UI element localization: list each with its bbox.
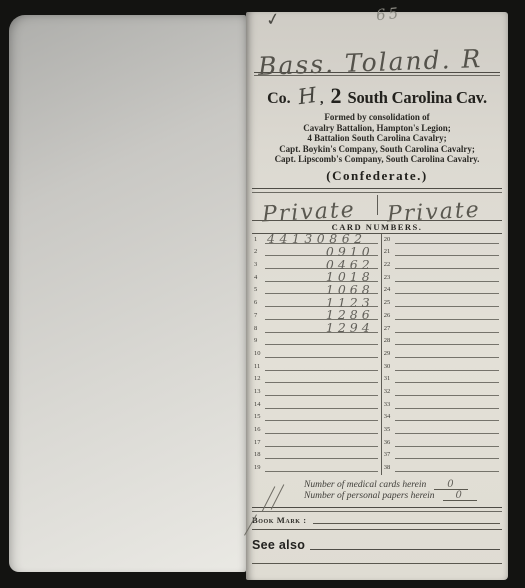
card-number-blank-line: 1294 bbox=[265, 332, 378, 333]
pencil-tally-mark bbox=[244, 514, 257, 535]
card-number-blank-line bbox=[395, 255, 499, 256]
formation-line: Capt. Boykin's Company, South Carolina C… bbox=[252, 144, 502, 155]
card-number-blank-line bbox=[395, 420, 499, 421]
card-number-row: 34 bbox=[382, 411, 502, 424]
divider-rule bbox=[252, 507, 502, 512]
card-number-row: 81294 bbox=[252, 322, 381, 335]
card-number-row: 32 bbox=[382, 386, 502, 399]
card-number-blank-line bbox=[395, 332, 499, 333]
personal-papers-line: 0 bbox=[443, 492, 477, 501]
card-number-blank-line bbox=[265, 458, 378, 459]
row-number: 38 bbox=[382, 465, 395, 475]
book-mark-row: Book Mark : bbox=[252, 515, 502, 525]
row-number: 6 bbox=[252, 300, 265, 310]
card-number-blank-line bbox=[265, 408, 378, 409]
divider-rule bbox=[252, 563, 502, 564]
card-number-blank-line bbox=[265, 420, 378, 421]
regiment-name: South Carolina Cav. bbox=[347, 88, 486, 107]
card-number-row: 22 bbox=[382, 259, 502, 272]
card-number-row: 36 bbox=[382, 437, 502, 450]
card-number-row: 25 bbox=[382, 297, 502, 310]
rank-section: Private Private bbox=[252, 193, 502, 221]
medical-cards-line: 0 bbox=[434, 481, 468, 490]
card-number-row: 28 bbox=[382, 335, 502, 348]
row-number: 31 bbox=[382, 376, 395, 386]
medical-cards-label: Number of medical cards herein bbox=[304, 480, 426, 490]
card-number-blank-line bbox=[265, 370, 378, 371]
service-record-jacket: ✓ 65 Bass. Toland. R Co. H , 2 South Car… bbox=[246, 12, 508, 580]
card-number-row: 23 bbox=[382, 272, 502, 285]
card-number-row: 10 bbox=[252, 348, 381, 361]
blank-left-page bbox=[9, 15, 246, 572]
card-number-row: 9 bbox=[252, 335, 381, 348]
card-number-blank-line bbox=[265, 433, 378, 434]
formation-note: Formed by consolidation of Cavalry Batta… bbox=[252, 112, 502, 165]
card-number-row: 12 bbox=[252, 373, 381, 386]
card-number-blank-line bbox=[395, 344, 499, 345]
card-number-row: 17 bbox=[252, 437, 381, 450]
counts-section: Number of medical cards herein 0 Number … bbox=[252, 479, 502, 501]
formation-line: Cavalry Battalion, Hampton's Legion; bbox=[252, 123, 502, 134]
card-number-blank-line bbox=[395, 433, 499, 434]
row-number: 26 bbox=[382, 313, 395, 323]
card-number-row: 35 bbox=[382, 424, 502, 437]
row-number: 13 bbox=[252, 389, 265, 399]
book-mark-blank-line bbox=[313, 523, 500, 524]
card-number-blank-line bbox=[395, 268, 499, 269]
card-number-blank-line bbox=[265, 395, 378, 396]
regiment-number: 2 bbox=[330, 83, 341, 108]
card-number-row: 18 bbox=[252, 449, 381, 462]
personal-papers-label: Number of personal papers herein bbox=[304, 491, 435, 501]
card-number-row: 26 bbox=[382, 310, 502, 323]
card-number-row: 19 bbox=[252, 462, 381, 475]
formation-line: Formed by consolidation of bbox=[252, 112, 502, 123]
row-number: 5 bbox=[252, 287, 265, 297]
unit-separator: , bbox=[320, 92, 324, 107]
row-number: 17 bbox=[252, 440, 265, 450]
row-number: 9 bbox=[252, 338, 265, 348]
card-number-row: 30 bbox=[382, 360, 502, 373]
row-number: 14 bbox=[252, 402, 265, 412]
medical-cards-value-handwritten: 0 bbox=[447, 479, 453, 490]
see-also-row: See also bbox=[252, 537, 502, 552]
row-number: 18 bbox=[252, 452, 265, 462]
rank-out-handwritten: Private bbox=[386, 197, 481, 227]
row-number: 30 bbox=[382, 364, 395, 374]
book-mark-label: Book Mark : bbox=[252, 515, 307, 525]
company-label: Co. bbox=[267, 90, 291, 107]
personal-papers-count-row: Number of personal papers herein 0 bbox=[304, 490, 502, 501]
soldier-name-line: Bass. Toland. R bbox=[254, 36, 500, 73]
card-number-row: 13 bbox=[252, 386, 381, 399]
row-number: 20 bbox=[382, 237, 395, 247]
row-number: 34 bbox=[382, 414, 395, 424]
card-number-row: 21 bbox=[382, 246, 502, 259]
card-number-blank-line bbox=[395, 357, 499, 358]
row-number: 35 bbox=[382, 427, 395, 437]
row-number: 11 bbox=[252, 364, 265, 374]
formation-line: 4 Battalion South Carolina Cavalry; bbox=[252, 133, 502, 144]
card-number-row: 37 bbox=[382, 449, 502, 462]
see-also-label: See also bbox=[252, 538, 305, 552]
row-number: 4 bbox=[252, 275, 265, 285]
card-number-blank-line bbox=[265, 344, 378, 345]
row-number: 16 bbox=[252, 427, 265, 437]
row-number: 15 bbox=[252, 414, 265, 424]
card-numbers-right-column: 20212223242526272829303132333435363738 bbox=[381, 234, 502, 475]
rank-in-handwritten: Private bbox=[261, 197, 356, 227]
card-number-row: 31 bbox=[382, 373, 502, 386]
card-number-blank-line bbox=[395, 306, 499, 307]
card-number-blank-line bbox=[395, 319, 499, 320]
medical-cards-count-row: Number of medical cards herein 0 bbox=[304, 479, 502, 490]
row-number: 1 bbox=[252, 237, 265, 247]
card-number-row: 16 bbox=[252, 424, 381, 437]
card-number-blank-line bbox=[395, 395, 499, 396]
row-number: 37 bbox=[382, 452, 395, 462]
unit-title: Co. H , 2 South Carolina Cav. bbox=[252, 83, 502, 109]
row-number: 22 bbox=[382, 262, 395, 272]
formation-line: Capt. Lipscomb's Company, South Carolina… bbox=[252, 154, 502, 165]
card-number-blank-line bbox=[265, 471, 378, 472]
row-number: 12 bbox=[252, 376, 265, 386]
row-number: 21 bbox=[382, 249, 395, 259]
card-number-blank-line bbox=[265, 382, 378, 383]
row-number: 28 bbox=[382, 338, 395, 348]
card-number-blank-line bbox=[265, 357, 378, 358]
card-number-blank-line bbox=[395, 293, 499, 294]
row-number: 3 bbox=[252, 262, 265, 272]
affiliation-label: (Confederate.) bbox=[252, 168, 502, 184]
row-number: 36 bbox=[382, 440, 395, 450]
card-number-blank-line bbox=[395, 243, 499, 244]
divider-rule bbox=[252, 529, 502, 530]
checkmark-annotation: ✓ bbox=[264, 9, 282, 31]
row-number: 25 bbox=[382, 300, 395, 310]
card-number-row: 11 bbox=[252, 360, 381, 373]
card-number-row: 33 bbox=[382, 398, 502, 411]
row-number: 32 bbox=[382, 389, 395, 399]
card-number-blank-line bbox=[395, 281, 499, 282]
card-number-row: 29 bbox=[382, 348, 502, 361]
row-number: 10 bbox=[252, 351, 265, 361]
personal-papers-value-handwritten: 0 bbox=[456, 490, 462, 501]
pencil-number-annotation: 65 bbox=[375, 4, 402, 25]
row-number: 19 bbox=[252, 465, 265, 475]
rank-out-cell: Private bbox=[377, 193, 502, 220]
row-number: 2 bbox=[252, 249, 265, 259]
row-number: 29 bbox=[382, 351, 395, 361]
soldier-name-handwritten: Bass. Toland. R bbox=[258, 44, 483, 81]
card-number-blank-line bbox=[395, 408, 499, 409]
card-numbers-table: 1441308622091030462410185106861123712868… bbox=[252, 234, 502, 475]
company-letter-handwritten: H bbox=[296, 83, 317, 109]
rank-in-cell: Private bbox=[252, 193, 377, 220]
row-number: 27 bbox=[382, 326, 395, 336]
row-number: 7 bbox=[252, 313, 265, 323]
row-number: 8 bbox=[252, 326, 265, 336]
card-numbers-left-column: 1441308622091030462410185106861123712868… bbox=[252, 234, 381, 475]
row-number: 33 bbox=[382, 402, 395, 412]
card-number-row: 27 bbox=[382, 322, 502, 335]
card-number-blank-line bbox=[395, 458, 499, 459]
card-number-blank-line bbox=[395, 471, 499, 472]
see-also-blank-line bbox=[310, 549, 500, 550]
card-number-row: 38 bbox=[382, 462, 502, 475]
row-number: 23 bbox=[382, 275, 395, 285]
card-number-row: 20 bbox=[382, 234, 502, 247]
row-number: 24 bbox=[382, 287, 395, 297]
card-number-blank-line bbox=[395, 446, 499, 447]
card-number-blank-line bbox=[395, 370, 499, 371]
card-number-row: 15 bbox=[252, 411, 381, 424]
card-number-value-handwritten: 1294 bbox=[326, 322, 374, 335]
card-number-row: 14 bbox=[252, 398, 381, 411]
card-number-row: 24 bbox=[382, 284, 502, 297]
card-number-blank-line bbox=[265, 446, 378, 447]
card-number-blank-line bbox=[395, 382, 499, 383]
